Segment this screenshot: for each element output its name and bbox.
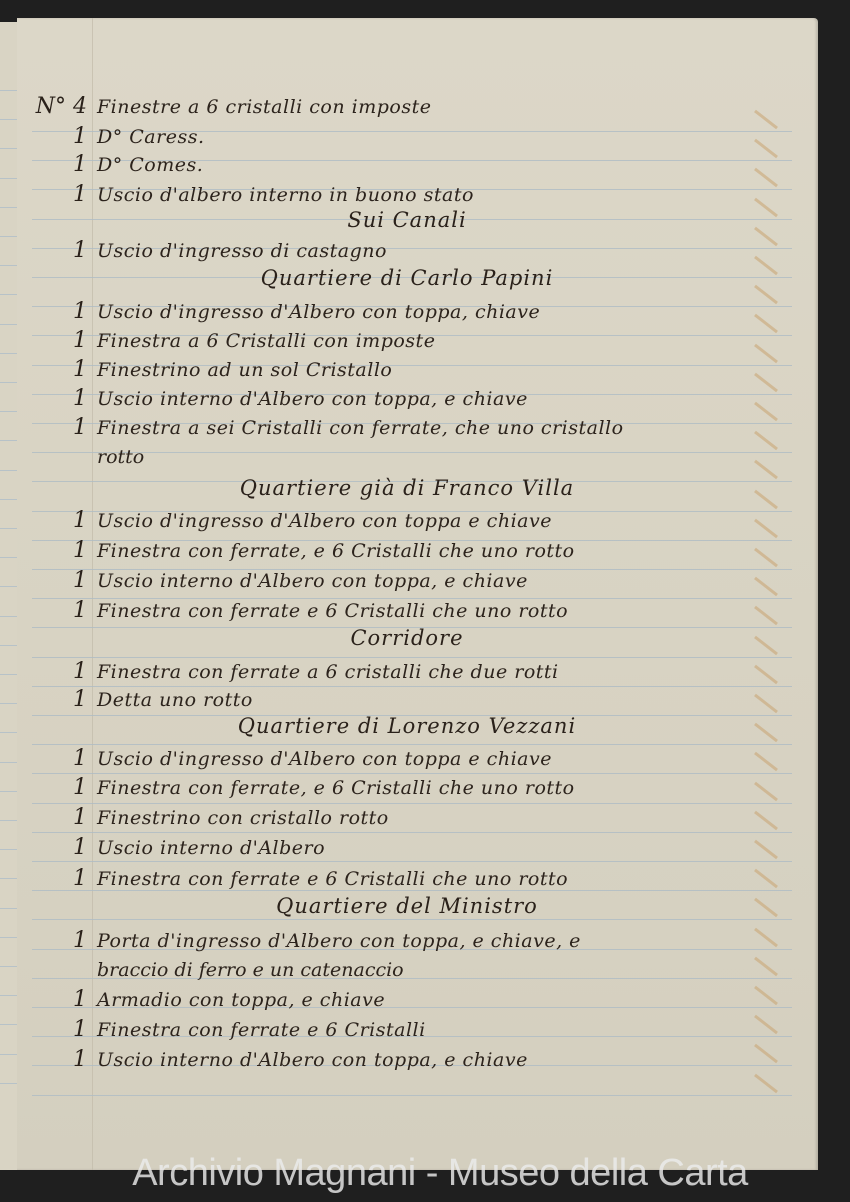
item-description: Finestra con ferrate, e 6 Cristalli che … xyxy=(97,536,575,566)
section-heading: Sui Canali xyxy=(17,208,797,232)
document-sheet: N° 4Finestre a 6 cristalli con imposte1D… xyxy=(17,18,818,1170)
list-item: 1Armadio con toppa, e chiave xyxy=(17,985,797,1015)
item-description: Uscio interno d'Albero con toppa, e chia… xyxy=(97,384,528,414)
item-quantity: 1 xyxy=(27,150,87,180)
inventory-list: N° 4Finestre a 6 cristalli con imposte1D… xyxy=(17,18,818,1170)
list-item: 1Finestra a 6 Cristalli con imposte xyxy=(17,326,797,356)
list-item: 1Uscio interno d'Albero con toppa, e chi… xyxy=(17,1045,797,1075)
item-quantity: 1 xyxy=(27,1045,87,1075)
item-description: Finestra con ferrate e 6 Cristalli xyxy=(97,1015,426,1045)
item-quantity: 1 xyxy=(27,122,87,152)
list-item: 1Finestrino con cristallo rotto xyxy=(17,803,797,833)
section-heading: Quartiere di Carlo Papini xyxy=(17,266,797,290)
item-description: Finestrino con cristallo rotto xyxy=(97,803,389,833)
item-description: Finestra a sei Cristalli con ferrate, ch… xyxy=(97,413,624,443)
item-quantity: 1 xyxy=(27,180,87,210)
item-description: D° Caress. xyxy=(97,122,205,152)
item-description: Porta d'ingresso d'Albero con toppa, e c… xyxy=(97,926,581,956)
item-description: Uscio d'ingresso di castagno xyxy=(97,236,387,266)
item-quantity: 1 xyxy=(27,744,87,774)
item-description: Armadio con toppa, e chiave xyxy=(97,985,385,1015)
list-item: 1Finestra con ferrate a 6 cristalli che … xyxy=(17,657,797,687)
item-quantity: 1 xyxy=(27,773,87,803)
item-description: Uscio d'ingresso d'Albero con toppa e ch… xyxy=(97,506,552,536)
list-item: 1Uscio interno d'Albero xyxy=(17,833,797,863)
list-item: 1D° Caress. xyxy=(17,122,797,152)
list-item: 1Uscio d'ingresso d'Albero con toppa e c… xyxy=(17,744,797,774)
item-description: Finestra con ferrate e 6 Cristalli che u… xyxy=(97,864,568,894)
item-description: Uscio interno d'Albero con toppa, e chia… xyxy=(97,1045,528,1075)
item-quantity: 1 xyxy=(27,506,87,536)
item-description: D° Comes. xyxy=(97,150,203,180)
list-item: 1Uscio interno d'Albero con toppa, e chi… xyxy=(17,566,797,596)
section-heading: Corridore xyxy=(17,626,797,650)
section-heading: Quartiere di Lorenzo Vezzani xyxy=(17,714,797,738)
list-item: 1D° Comes. xyxy=(17,150,797,180)
item-quantity: 1 xyxy=(27,413,87,443)
item-quantity: 1 xyxy=(27,596,87,626)
list-item: 1Uscio d'ingresso di castagno xyxy=(17,236,797,266)
item-description: rotto xyxy=(97,442,144,472)
item-quantity: 1 xyxy=(27,803,87,833)
item-description: Finestrino ad un sol Cristallo xyxy=(97,355,392,385)
item-description: Uscio interno d'Albero xyxy=(97,833,325,863)
section-heading: Quartiere già di Franco Villa xyxy=(17,476,797,500)
item-quantity: 1 xyxy=(27,236,87,266)
list-item: 1Porta d'ingresso d'Albero con toppa, e … xyxy=(17,926,797,956)
item-quantity: 1 xyxy=(27,685,87,715)
item-quantity: 1 xyxy=(27,536,87,566)
archive-watermark: Archivio Magnani - Museo della Carta xyxy=(0,1152,850,1195)
item-quantity: 1 xyxy=(27,985,87,1015)
item-description: braccio di ferro e un catenaccio xyxy=(97,955,404,985)
list-item: 1Finestra a sei Cristalli con ferrate, c… xyxy=(17,413,797,443)
list-item: 1Uscio d'ingresso d'Albero con toppa e c… xyxy=(17,506,797,536)
list-item: 1Finestra con ferrate, e 6 Cristalli che… xyxy=(17,773,797,803)
item-quantity: 1 xyxy=(27,566,87,596)
item-description: Uscio d'ingresso d'Albero con toppa e ch… xyxy=(97,744,552,774)
item-description: Uscio d'albero interno in buono stato xyxy=(97,180,474,210)
item-quantity: 1 xyxy=(27,355,87,385)
item-description: Finestre a 6 cristalli con imposte xyxy=(97,92,431,122)
list-item: 1Uscio d'ingresso d'Albero con toppa, ch… xyxy=(17,297,797,327)
item-quantity: 1 xyxy=(27,326,87,356)
list-item: 1Finestra con ferrate e 6 Cristalli che … xyxy=(17,596,797,626)
item-quantity: 1 xyxy=(27,297,87,327)
item-description: Uscio d'ingresso d'Albero con toppa, chi… xyxy=(97,297,540,327)
list-item: 1Detta uno rotto xyxy=(17,685,797,715)
list-item: 1Finestra con ferrate, e 6 Cristalli che… xyxy=(17,536,797,566)
item-quantity: 1 xyxy=(27,657,87,687)
item-quantity: 1 xyxy=(27,926,87,956)
list-item: 1Uscio interno d'Albero con toppa, e chi… xyxy=(17,384,797,414)
item-quantity: 1 xyxy=(27,833,87,863)
list-item: 1Finestrino ad un sol Cristallo xyxy=(17,355,797,385)
previous-page-edge xyxy=(0,22,18,1170)
item-description: Finestra con ferrate a 6 cristalli che d… xyxy=(97,657,559,687)
list-item: N° 4Finestre a 6 cristalli con imposte xyxy=(17,92,797,122)
item-description: Finestra con ferrate, e 6 Cristalli che … xyxy=(97,773,575,803)
list-item: 1Uscio d'albero interno in buono stato xyxy=(17,180,797,210)
item-description: Finestra con ferrate e 6 Cristalli che u… xyxy=(97,596,568,626)
list-item-continuation: rotto xyxy=(17,442,797,472)
item-description: Uscio interno d'Albero con toppa, e chia… xyxy=(97,566,528,596)
list-item: 1Finestra con ferrate e 6 Cristalli xyxy=(17,1015,797,1045)
item-quantity: 1 xyxy=(27,864,87,894)
list-item: 1Finestra con ferrate e 6 Cristalli che … xyxy=(17,864,797,894)
section-heading: Quartiere del Ministro xyxy=(17,894,797,918)
item-quantity: 1 xyxy=(27,1015,87,1045)
item-description: Detta uno rotto xyxy=(97,685,253,715)
item-quantity: N° 4 xyxy=(27,92,87,122)
item-quantity: 1 xyxy=(27,384,87,414)
item-description: Finestra a 6 Cristalli con imposte xyxy=(97,326,435,356)
list-item-continuation: braccio di ferro e un catenaccio xyxy=(17,955,797,985)
